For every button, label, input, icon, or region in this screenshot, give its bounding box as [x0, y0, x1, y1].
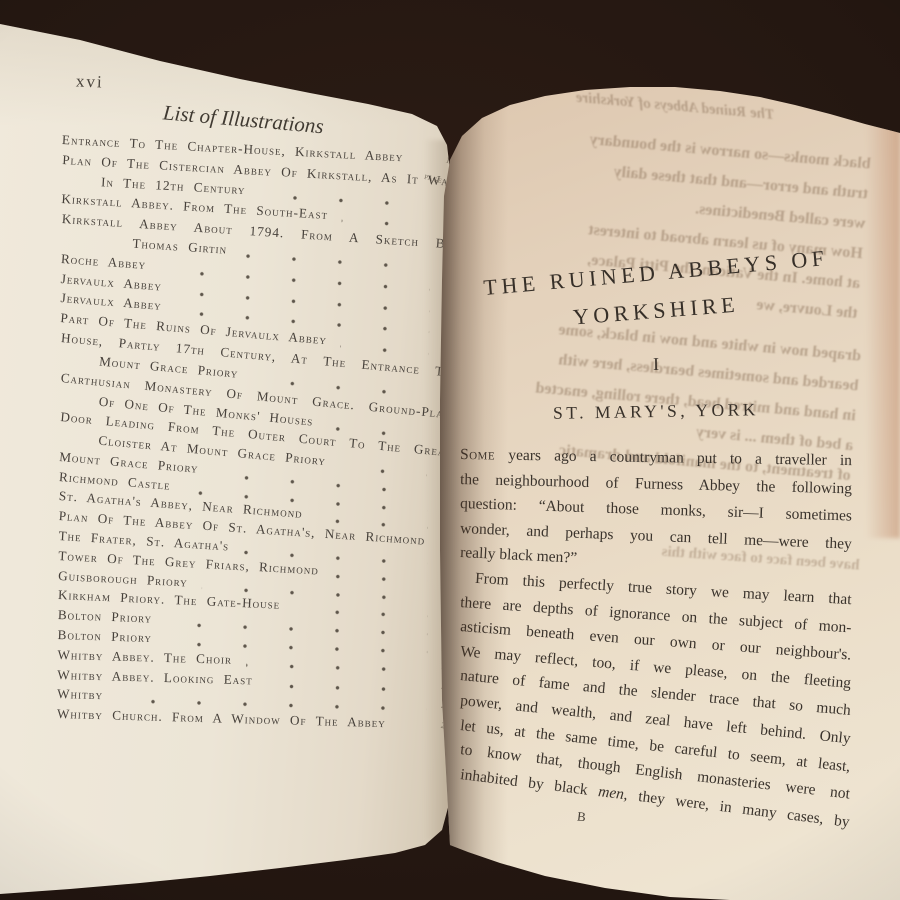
- illustrations-list: Entrance To The Chapter-House, Kirkstall…: [57, 132, 454, 729]
- paragraph: Some years ago a countryman put to a tra…: [460, 446, 852, 569]
- right-page: The Ruined Abbeys of Yorkshire black mon…: [430, 0, 900, 900]
- illustration-title: Whitby: [57, 686, 103, 703]
- book-photo: xvi List of Illustrations PAGE Entrance …: [0, 0, 900, 900]
- chapter-number: I: [460, 351, 852, 379]
- paragraph: From this perfectly true story we may le…: [460, 569, 852, 790]
- dot-leader: [267, 680, 428, 692]
- show-through-signature-mark: s: [832, 100, 836, 111]
- dot-leader: [342, 216, 431, 229]
- left-page: xvi List of Illustrations PAGE Entrance …: [0, 0, 470, 900]
- illustration-title: Bolton Priory: [58, 607, 153, 627]
- dot-leader: [399, 723, 426, 732]
- illustration-title: Bolton Priory: [57, 627, 152, 646]
- body-paragraphs: Some years ago a countryman put to a tra…: [460, 446, 852, 790]
- fore-edge-band: [866, 108, 900, 538]
- folio-number: xvi: [76, 71, 105, 92]
- section-heading: ST. MARY'S, YORK: [460, 398, 852, 426]
- dot-leader: [246, 660, 428, 673]
- dot-leader: [340, 341, 429, 356]
- chapter-content: THE RUINED ABBEYS OF YORKSHIRE I ST. MAR…: [460, 0, 852, 810]
